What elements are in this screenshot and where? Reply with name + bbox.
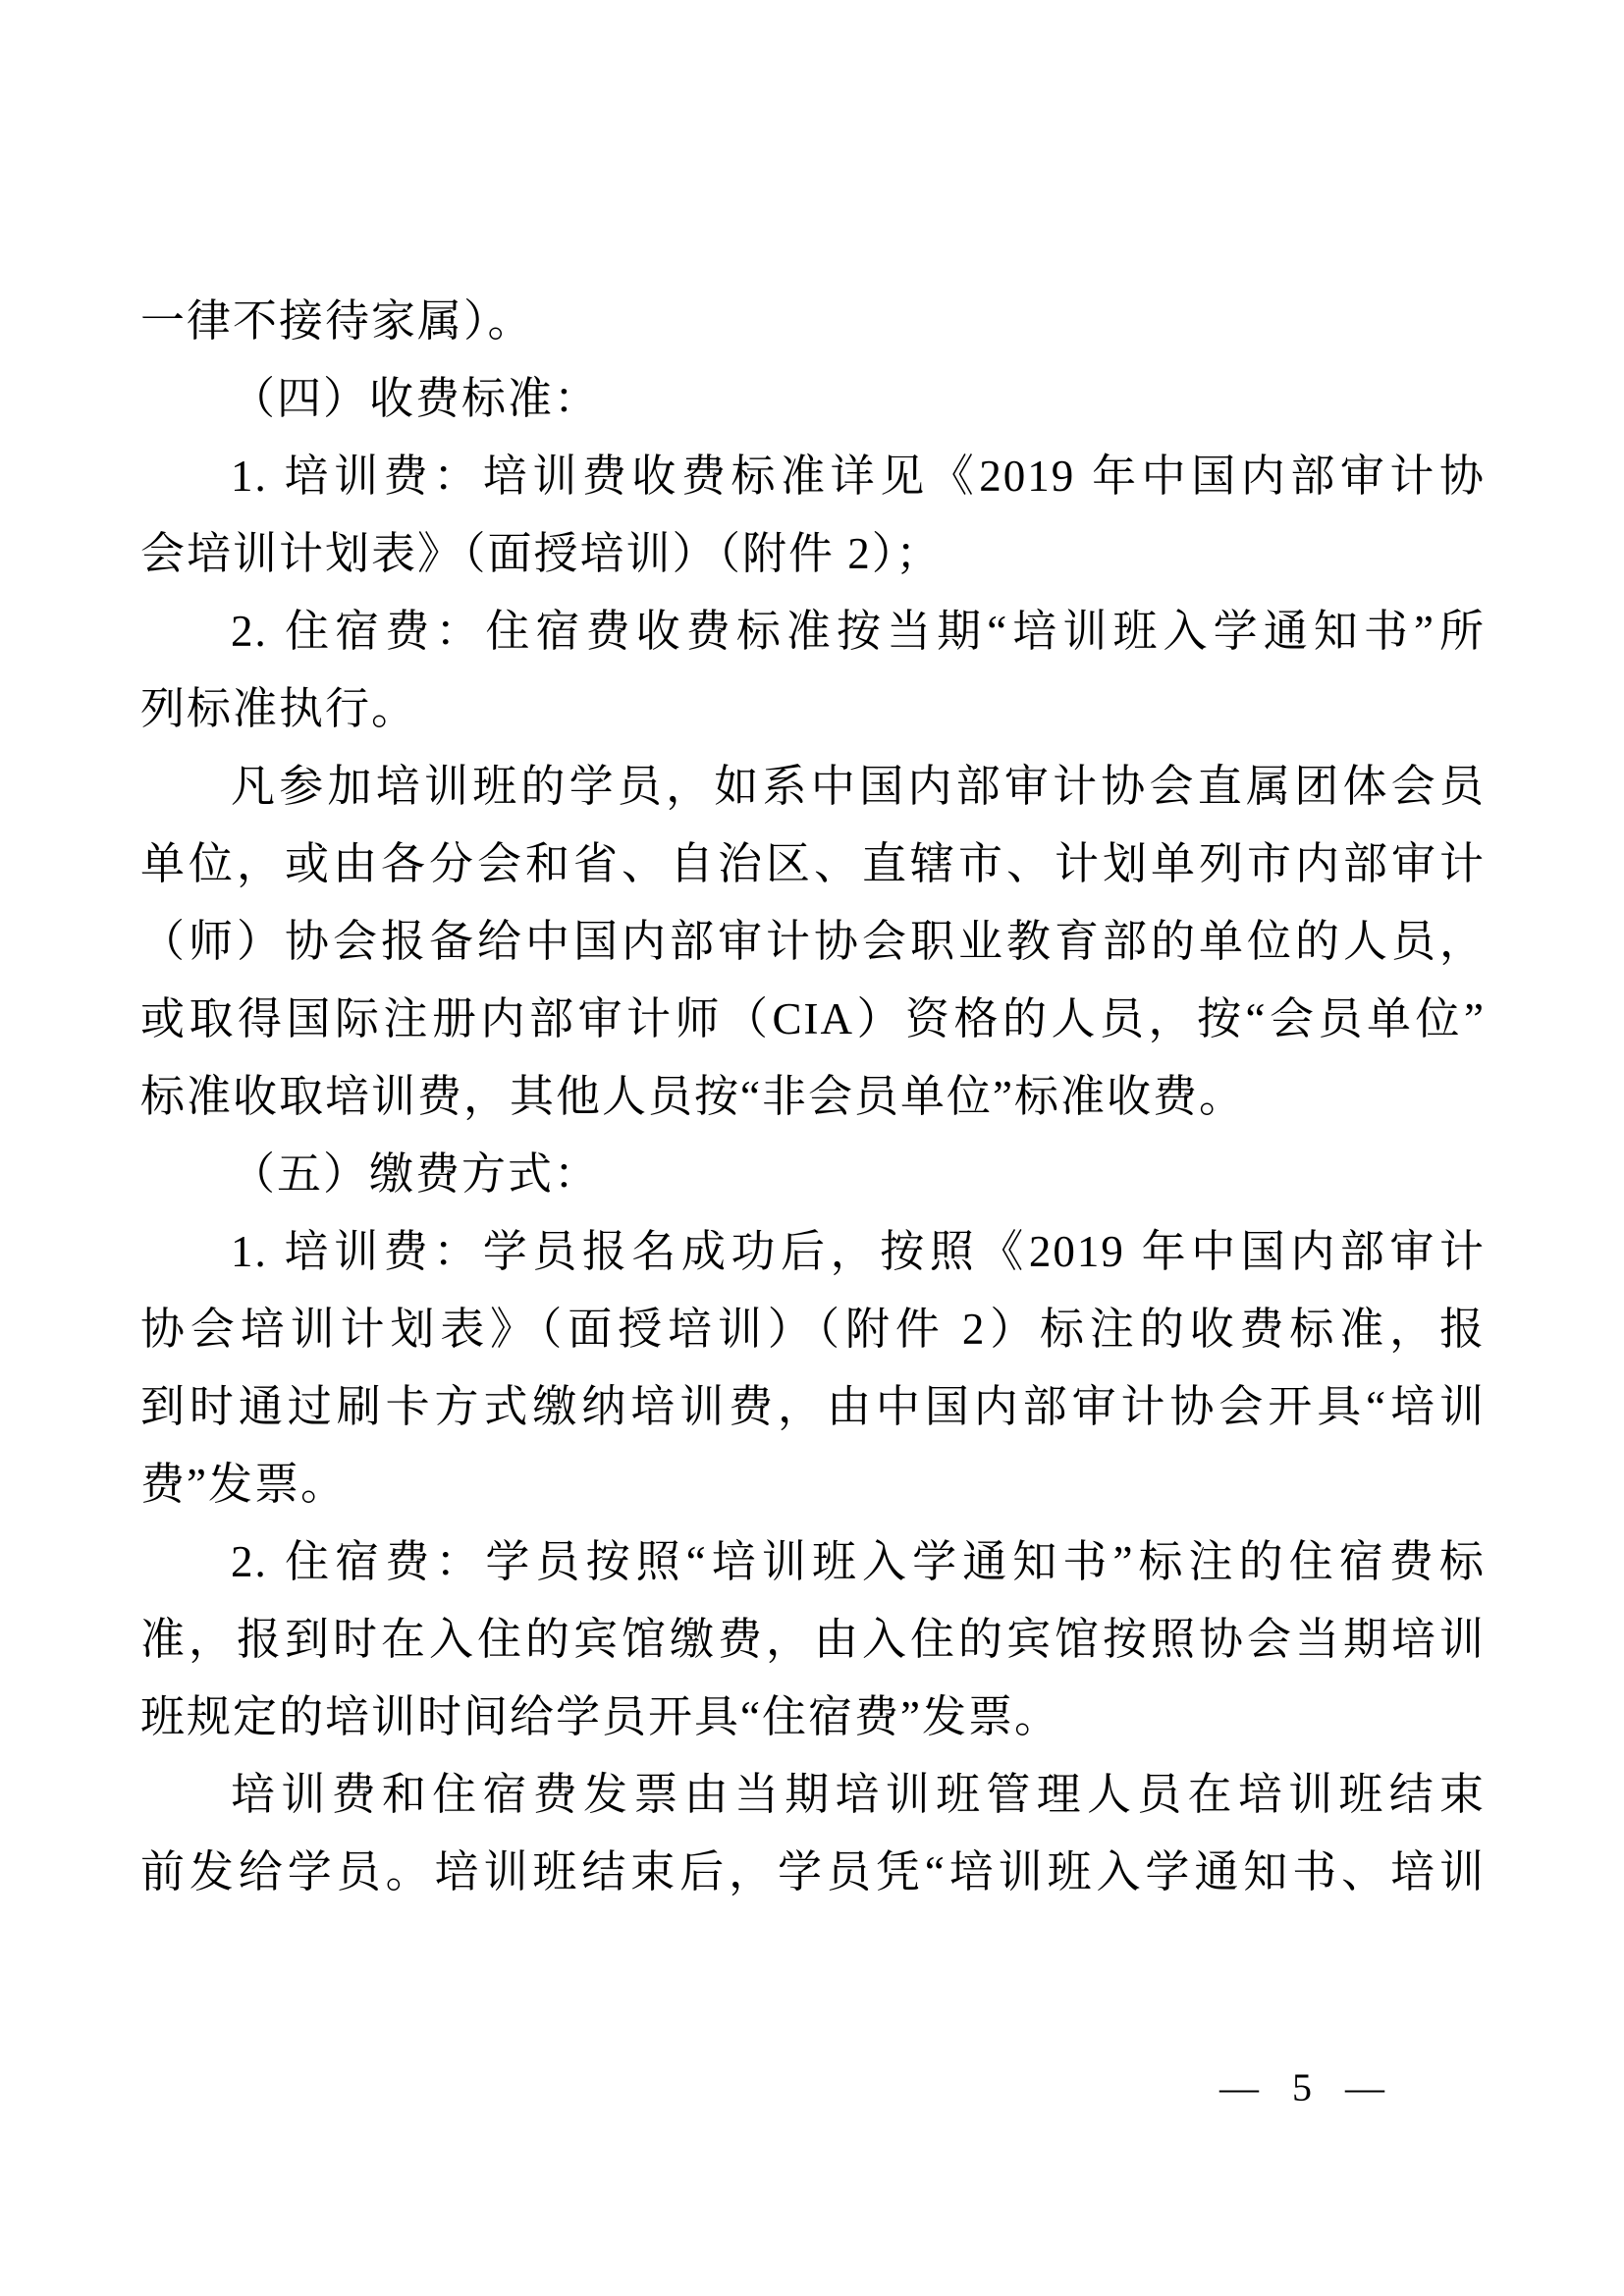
document-line: 培训费和住宿费发票由当期培训班管理人员在培训班结束 — [140, 1756, 1486, 1834]
document-line: 标准收取培训费，其他人员按“非会员单位”标准收费。 — [140, 1058, 1486, 1136]
document-line: 或取得国际注册内部审计师（CIA）资格的人员，按“会员单位” — [140, 981, 1486, 1058]
document-page: 一律不接待家属）。（四）收费标准：1. 培训费：培训费收费标准详见《2019 年… — [0, 0, 1624, 2296]
document-line: 1. 培训费：学员报名成功后，按照《2019 年中国内部审计 — [140, 1213, 1486, 1291]
document-line: 列标准执行。 — [140, 670, 1486, 748]
footer-dash-left: — — [1219, 2068, 1259, 2108]
document-line: 协会培训计划表》（面授培训）（附件 2）标注的收费标准，报 — [140, 1291, 1486, 1368]
document-line: 一律不接待家属）。 — [140, 283, 1486, 360]
document-line: 班规定的培训时间给学员开具“住宿费”发票。 — [140, 1679, 1486, 1756]
document-line: 会培训计划表》（面授培训）（附件 2）； — [140, 515, 1486, 593]
footer-dash-right: — — [1345, 2068, 1384, 2108]
page-footer: — 5 — — [1219, 2068, 1384, 2108]
document-line: （师）协会报备给中国内部审计协会职业教育部的单位的人员， — [140, 903, 1486, 981]
document-line: 准，报到时在入住的宾馆缴费，由入住的宾馆按照协会当期培训 — [140, 1601, 1486, 1679]
document-line: 前发给学员。培训班结束后，学员凭“培训班入学通知书、培训 — [140, 1834, 1486, 1911]
document-line: 费”发票。 — [140, 1446, 1486, 1523]
document-body: 一律不接待家属）。（四）收费标准：1. 培训费：培训费收费标准详见《2019 年… — [140, 283, 1486, 1911]
document-line: 到时通过刷卡方式缴纳培训费，由中国内部审计协会开具“培训 — [140, 1368, 1486, 1446]
document-line: 凡参加培训班的学员，如系中国内部审计协会直属团体会员 — [140, 748, 1486, 826]
document-line: 1. 培训费：培训费收费标准详见《2019 年中国内部审计协 — [140, 438, 1486, 515]
document-line: 2. 住宿费：学员按照“培训班入学通知书”标注的住宿费标 — [140, 1523, 1486, 1601]
document-line: （五）缴费方式： — [140, 1136, 1486, 1213]
page-number: 5 — [1292, 2068, 1312, 2108]
document-line: 2. 住宿费：住宿费收费标准按当期“培训班入学通知书”所 — [140, 593, 1486, 670]
document-line: （四）收费标准： — [140, 360, 1486, 438]
document-line: 单位，或由各分会和省、自治区、直辖市、计划单列市内部审计 — [140, 826, 1486, 903]
